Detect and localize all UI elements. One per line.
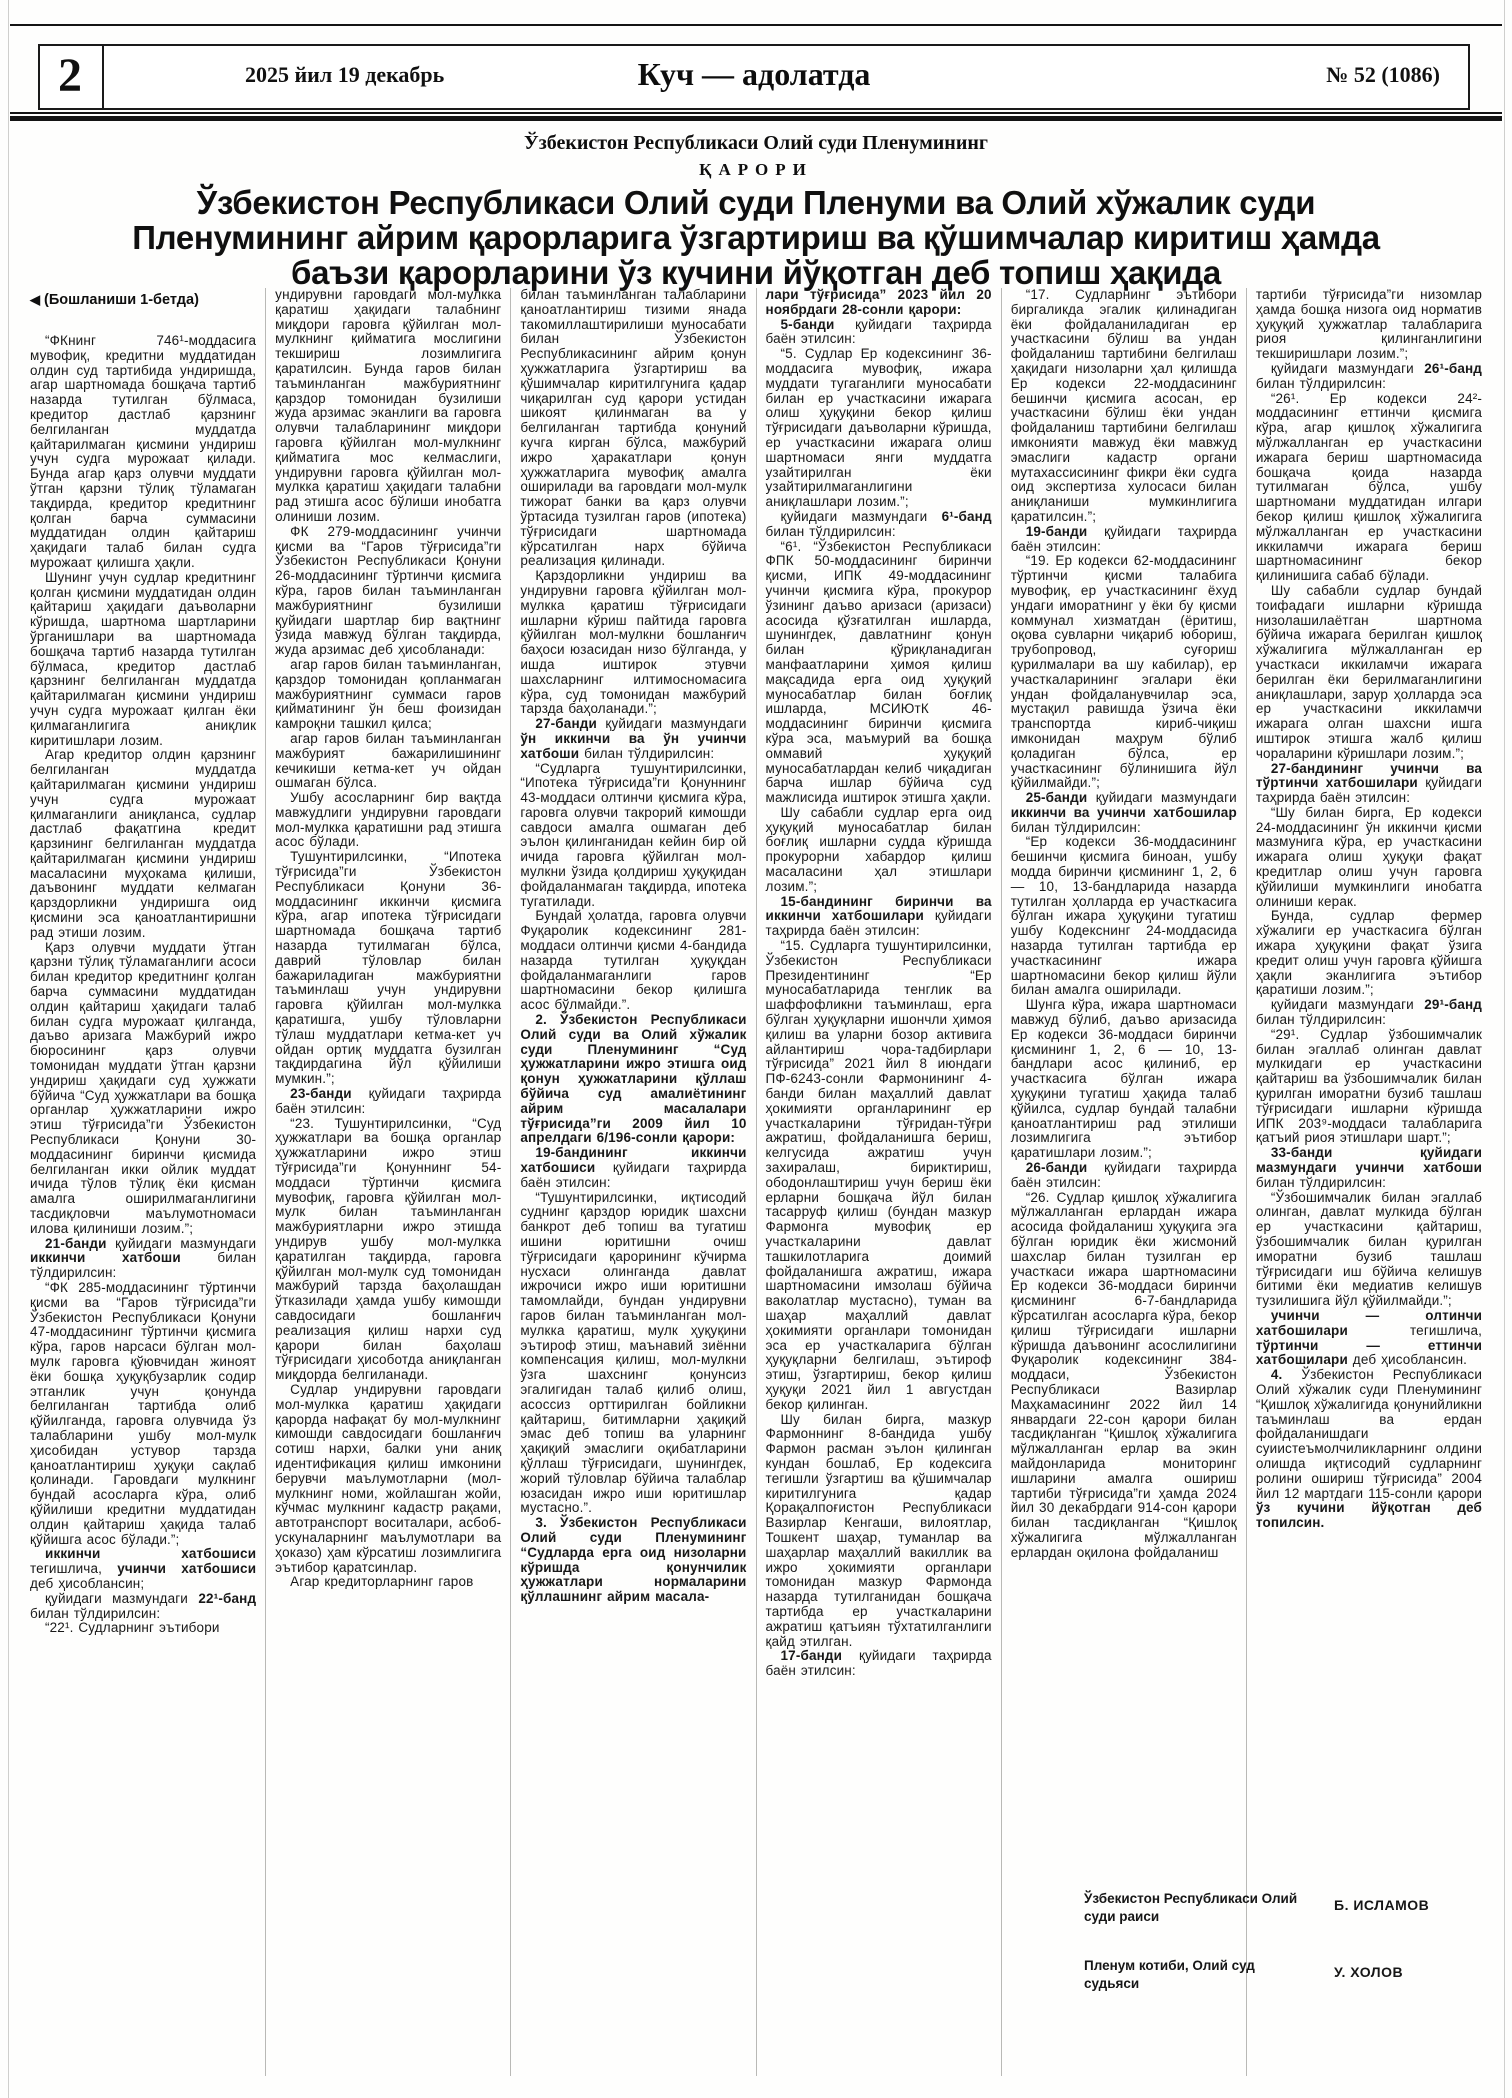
paragraph: “5. Судлар Ер кодексининг 36-моддасига м… (766, 347, 992, 510)
paragraph: “ФКнинг 746¹-моддасига мувофиқ, кредитни… (30, 334, 256, 571)
paragraph: қуйидаги мазмундаги 22¹-банд билан тўлди… (30, 1592, 256, 1622)
paragraph: қуйидаги мазмундаги 29¹-банд билан тўлди… (1256, 998, 1482, 1028)
paragraph: Бундай ҳолатда, гаровга олувчи Фуқаролик… (520, 909, 746, 1013)
paragraph: “26. Судлар қишлоқ хўжалигига мўлжалланг… (1011, 1191, 1237, 1561)
paragraph: қуйидаги мазмундаги 6¹-банд билан тўлдир… (766, 510, 992, 540)
paragraph: 25-банди қуйидаги мазмундаги иккинчи ва … (1011, 791, 1237, 835)
paragraph: Агар кредиторларнинг гаров (275, 1575, 501, 1590)
paragraph: билан таъминланган талабларини қаноатлан… (520, 288, 746, 569)
paragraph: 21-банди қуйидаги мазмундаги иккинчи хат… (30, 1237, 256, 1281)
paragraph: 27-бандининг учинчи ва тўртинчи хатбошил… (1256, 762, 1482, 806)
signer-title: Ўзбекистон Республикаси Олий суди раиси (1042, 1890, 1304, 1925)
paragraph: 5-банди қуйидаги таҳрирда баён этилсин: (766, 318, 992, 348)
signature-row: Пленум котиби, Олий суд судьяси У. ХОЛОВ (1042, 1957, 1490, 1992)
paragraph: “Шу билан бирга, Ер кодекси 24-моддасини… (1256, 806, 1482, 910)
masthead-rule-thick (10, 116, 1502, 121)
column-5: “17. Судларнинг эътибори биргаликда эгал… (1002, 288, 1247, 2076)
paragraph: агар гаров билан таъминланган, қарздор т… (275, 658, 501, 732)
paragraph: Шу сабабли судлар ерга оид ҳуқуқий мунос… (766, 806, 992, 895)
paragraph: “22¹. Судларнинг эътибори (30, 1621, 256, 1636)
paragraph: 15-бандининг биринчи ва иккинчи хатбошил… (766, 895, 992, 939)
issue-number: № 52 (1086) (1326, 62, 1440, 88)
paragraph: Тушунтирилсинки, “Ипотека тўғрисида”ги Ў… (275, 850, 501, 1087)
paragraph: “Ўзбошимчалик билан эгаллаб олинган, дав… (1256, 1191, 1482, 1309)
article-body: ◀(Бошланиши 1-бетда) “ФКнинг 746¹-моддас… (28, 288, 1484, 2076)
headline-line-3: баъзи қарорларини ўз кучини йўқотган деб… (20, 255, 1492, 290)
newspaper-page: 2 2025 йил 19 декабрь Куч — адолатда № 5… (0, 0, 1512, 2098)
paragraph: 27-банди қуйидаги мазмундаги ўн иккинчи … (520, 717, 746, 761)
paragraph: агар гаров билан таъминланган мажбурият … (275, 732, 501, 791)
masthead: 2 2025 йил 19 декабрь Куч — адолатда № 5… (38, 44, 1470, 110)
column-3: билан таъминланган талабларини қаноатлан… (511, 288, 756, 2076)
paragraph: лари тўғрисида” 2023 йил 20 ноябрдаги 28… (766, 288, 992, 318)
paragraph: “19. Ер кодекси 62-моддасининг тўртинчи … (1011, 554, 1237, 791)
paragraph: 33-банди қуйидаги мазмундаги учинчи хатб… (1256, 1146, 1482, 1190)
paragraph: Шу билан бирга, мазкур Фармоннинг 8-банд… (766, 1413, 992, 1650)
paragraph: Шунга кўра, ижара шартномаси мавжуд бўли… (1011, 998, 1237, 1161)
paragraph: 23-банди қуйидаги таҳрирда баён этилсин: (275, 1087, 501, 1117)
paragraph: Ушбу асосларнинг бир вақтда мавжудлиги у… (275, 791, 501, 850)
paragraph: “ФК 285-моддасининг тўртинчи қисми ва “Г… (30, 1281, 256, 1547)
paragraph: учинчи — олтинчи хатбошилари тегишлича, … (1256, 1309, 1482, 1368)
paragraph: “6¹. “Ўзбекистон Республикаси ФПК 50-мод… (766, 540, 992, 806)
column-4: лари тўғрисида” 2023 йил 20 ноябрдаги 28… (757, 288, 1002, 2076)
paragraph: 17-банди қуйидаги таҳрирда баён этилсин: (766, 1649, 992, 1679)
paragraph: ФК 279-моддасининг учинчи қисми ва “Гаро… (275, 525, 501, 658)
signature-row: Ўзбекистон Республикаси Олий суди раиси … (1042, 1890, 1490, 1925)
headline-line-1: Ўзбекистон Республикаси Олий суди Пленум… (20, 185, 1492, 220)
column-2: ундирувни гаровдаги мол-мулкка қаратиш ҳ… (266, 288, 511, 2076)
article-headline: Ўзбекистон Республикаси Олий суди Пленум… (20, 185, 1492, 290)
continuation-note-text: (Бошланиши 1-бетда) (44, 292, 199, 308)
masthead-rule-thin (10, 112, 1502, 114)
page-edge-left (8, 0, 9, 2098)
paragraph: Шу сабабли судлар бундай тоифадаги ишлар… (1256, 584, 1482, 762)
article-kicker: Ўзбекистон Республикаси Олий суди Пленум… (0, 132, 1512, 155)
paragraph: 19-банди қуйидаги таҳрирда баён этилсин: (1011, 525, 1237, 555)
document-type: ҚАРОРИ (0, 160, 1512, 180)
column-1: ◀(Бошланиши 1-бетда) “ФКнинг 746¹-моддас… (28, 288, 266, 2076)
paragraph: қуйидаги мазмундаги 26¹-банд билан тўлди… (1256, 362, 1482, 392)
paragraph: Қарздорликни ундириш ва ундирувни гаровг… (520, 569, 746, 717)
paragraph: 3. Ўзбекистон Республикаси Олий суди Пле… (520, 1516, 746, 1605)
signer-name: У. ХОЛОВ (1304, 1957, 1490, 1992)
paragraph: ундирувни гаровдаги мол-мулкка қаратиш ҳ… (275, 288, 501, 525)
paragraph: “26¹. Ер кодекси 24²-моддасининг еттинчи… (1256, 392, 1482, 584)
paragraph: “Тушунтирилсинки, иқтисодий суднинг қарз… (520, 1191, 746, 1517)
paragraph: Судлар ундирувни гаровдаги мол-мулкка қа… (275, 1383, 501, 1575)
signer-title: Пленум котиби, Олий суд судьяси (1042, 1957, 1304, 1992)
paragraph: Агар кредитор олдин қарзнинг белгиланган… (30, 748, 256, 940)
paragraph: “15. Судларга тушунтирилсинки, Ўзбекисто… (766, 939, 992, 1413)
paragraph: 19-бандининг иккинчи хатбошиси қуйидаги … (520, 1146, 746, 1190)
paragraph: 2. Ўзбекистон Республикаси Олий суди ва … (520, 1013, 746, 1146)
paragraph: “17. Судларнинг эътибори биргаликда эгал… (1011, 288, 1237, 525)
paragraph: 4. Ўзбекистон Республикаси Олий хўжалик … (1256, 1368, 1482, 1531)
continuation-marker: ◀(Бошланиши 1-бетда) (30, 292, 256, 308)
paragraph: “Судларга тушунтирилсинки, “Ипотека тўғр… (520, 762, 746, 910)
paragraph: “23. Тушунтирилсинки, “Суд ҳужжатлари ва… (275, 1117, 501, 1383)
paragraph: тартиби тўғрисида”ги низомлар ҳамда бошқ… (1256, 288, 1482, 362)
paragraph: “Ер кодекси 36-моддасининг бешинчи қисми… (1011, 835, 1237, 998)
paragraph: 26-банди қуйидаги таҳрирда баён этилсин: (1011, 1161, 1237, 1191)
paragraph: “29¹. Судлар ўзбошимчалик билан эгаллаб … (1256, 1028, 1482, 1146)
signer-name: Б. ИСЛАМОВ (1304, 1890, 1490, 1925)
page-edge-right (1504, 0, 1505, 2098)
paragraph: иккинчи хатбошиси тегишлича, учинчи хатб… (30, 1547, 256, 1591)
signature-block: Ўзбекистон Республикаси Олий суди раиси … (1042, 1890, 1490, 2024)
column-6: тартиби тўғрисида”ги низомлар ҳамда бошқ… (1247, 288, 1484, 2076)
paragraph: Қарз олувчи муддати ўтган қарзни тўлиқ т… (30, 941, 256, 1237)
paragraph: Бунда, судлар фермер хўжалиги ер участка… (1256, 909, 1482, 998)
paragraph: Шунинг учун судлар кредитнинг қолган қис… (30, 571, 256, 749)
headline-line-2: Пленумининг айрим қарорларига ўзгартириш… (20, 220, 1492, 255)
left-triangle-icon: ◀ (30, 292, 40, 308)
newspaper-title: Куч — адолатда (40, 56, 1468, 93)
top-rule (10, 24, 1502, 26)
